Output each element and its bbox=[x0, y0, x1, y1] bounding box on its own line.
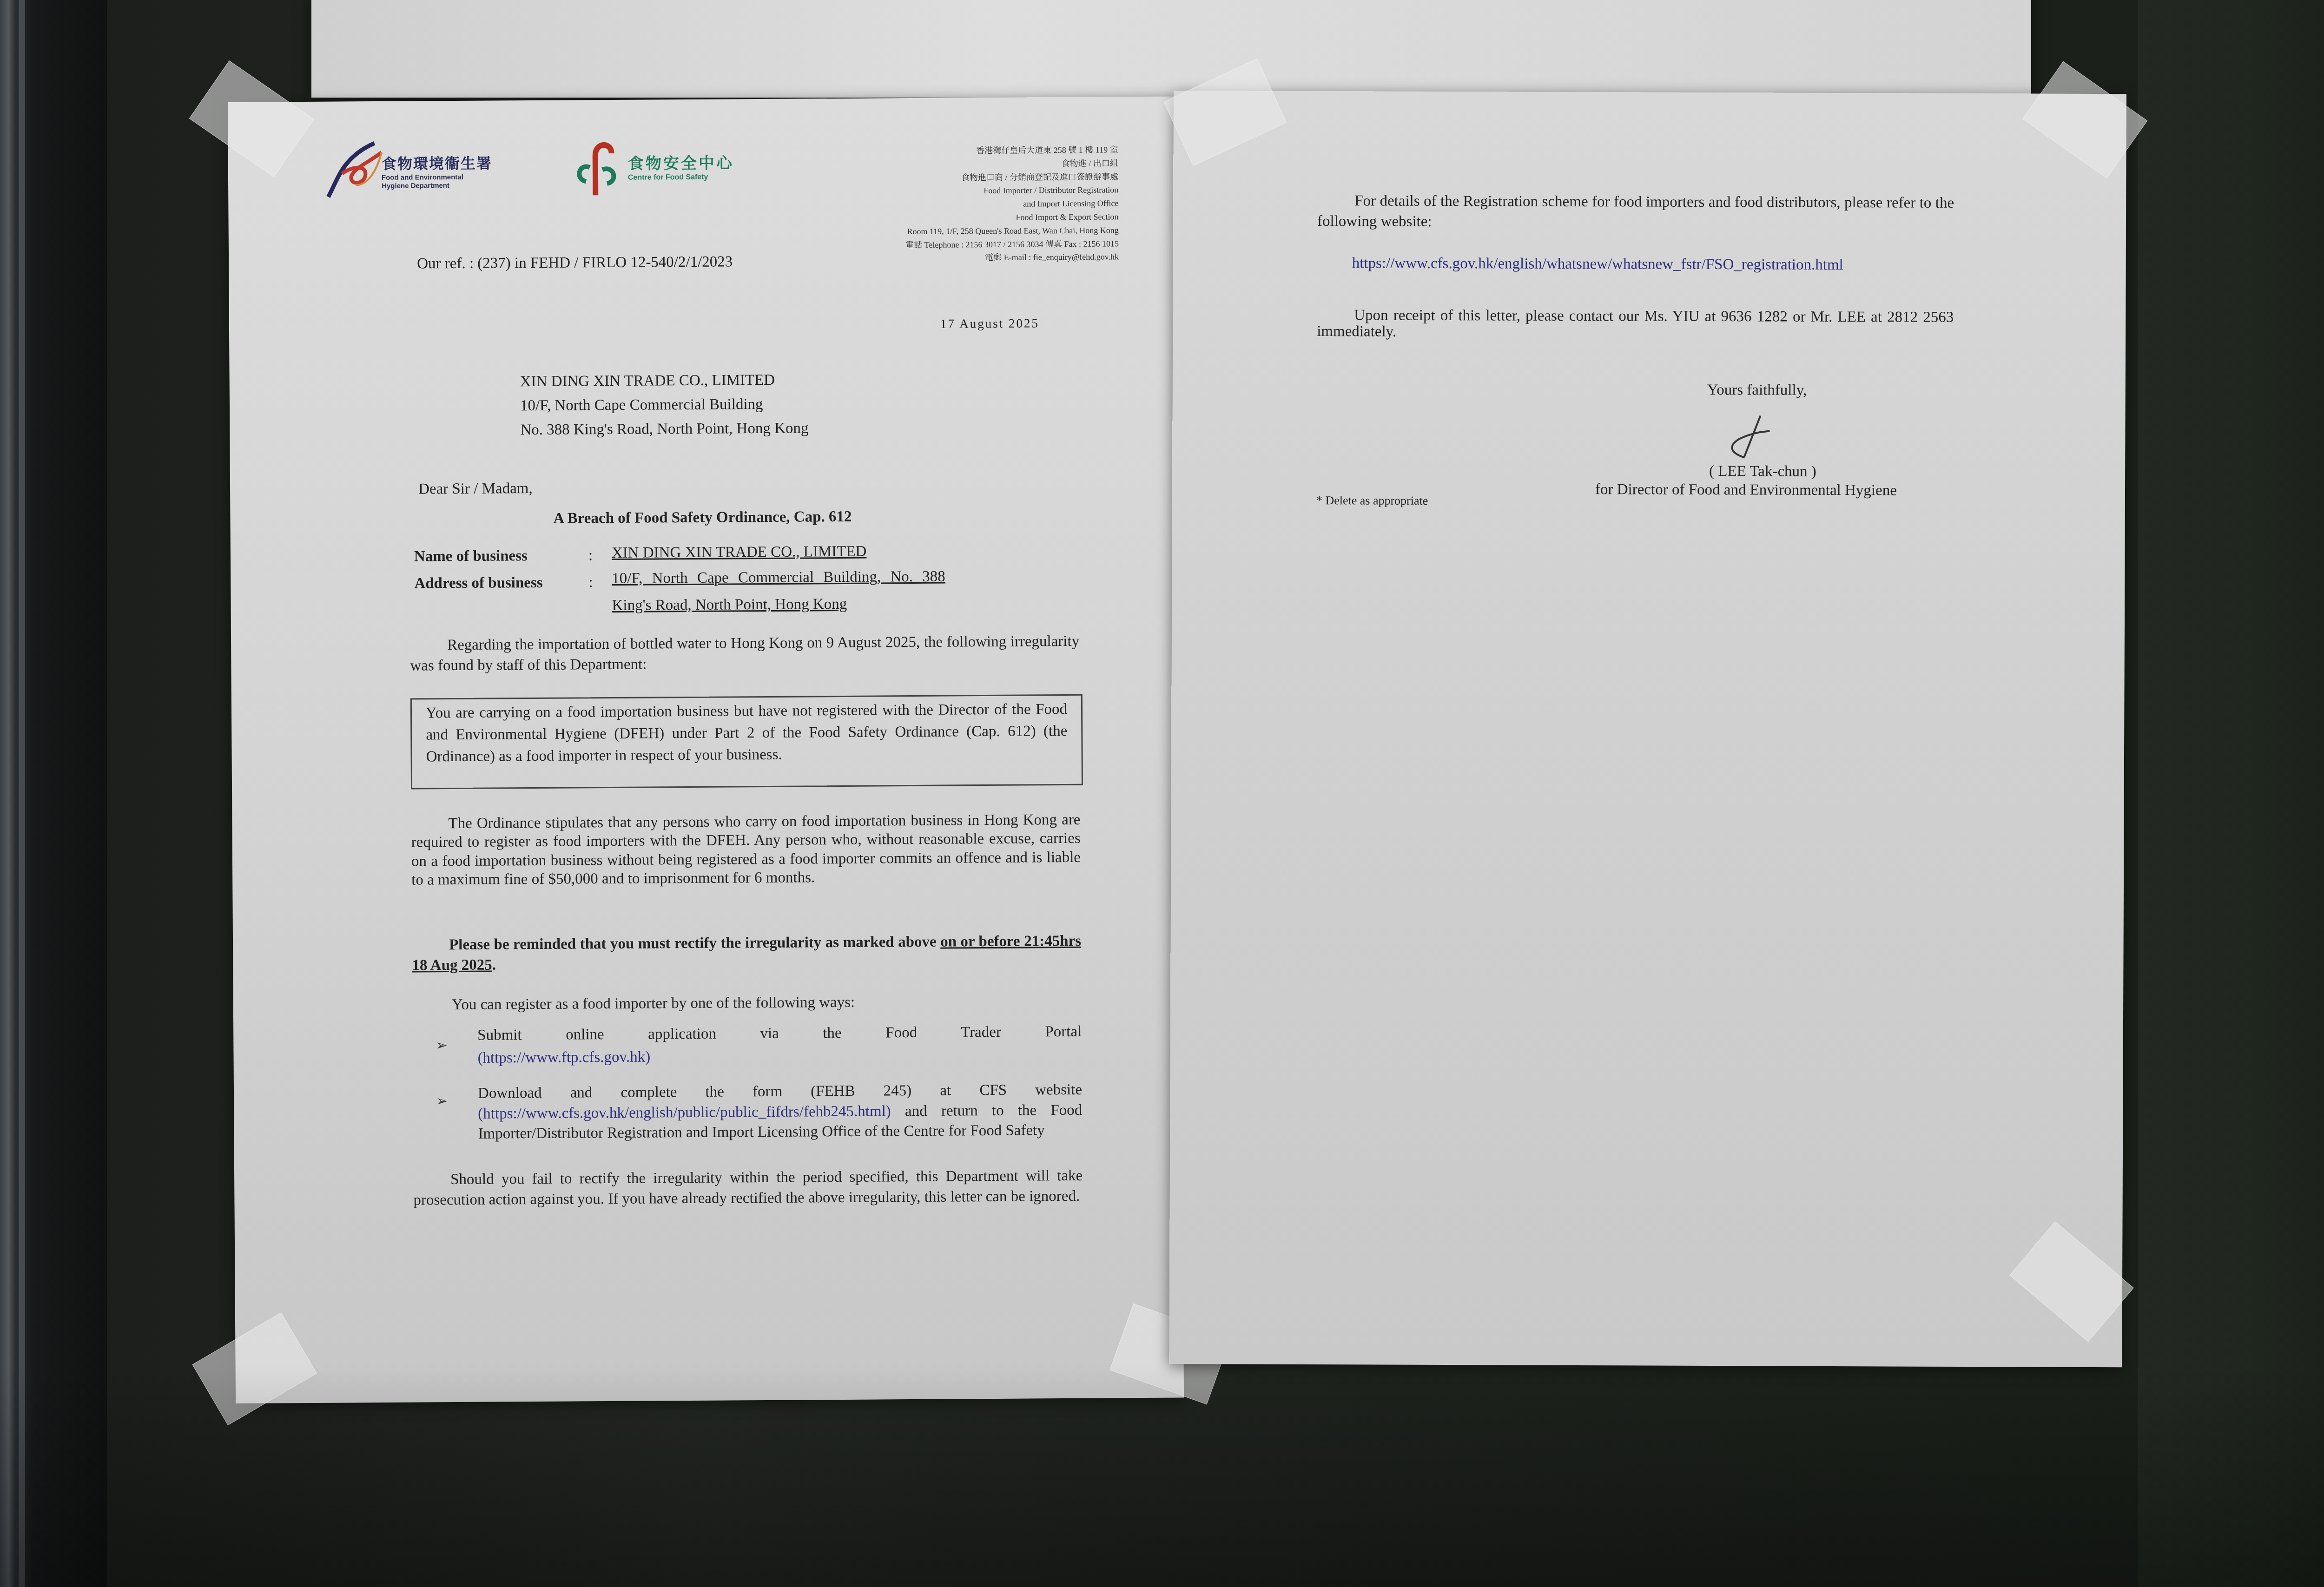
fehd-name-zh: 食物環境衞生署 bbox=[382, 152, 492, 174]
our-reference: Our ref. : (237) in FEHD / FIRLO 12-540/… bbox=[417, 252, 733, 273]
door-frame-left bbox=[0, 0, 107, 1587]
field-label-address: Address of business bbox=[414, 573, 543, 593]
tape-bottom-right bbox=[2009, 1221, 2134, 1342]
ftp-portal-link[interactable]: (https://www.ftp.cfs.gov.hk) bbox=[477, 1047, 650, 1068]
bottom-shadow bbox=[0, 1364, 2324, 1587]
option-2-text: Download and complete the form (FEHB 245… bbox=[478, 1081, 1082, 1102]
fso-registration-link[interactable]: https://www.cfs.gov.hk/english/whatsnew/… bbox=[1352, 254, 1843, 275]
office-line: 電郵 E-mail : fie_enquiry@fehd.gov.hk bbox=[905, 250, 1119, 265]
valediction: Yours faithfully, bbox=[1707, 381, 1807, 400]
letter-date: 17 August 2025 bbox=[940, 316, 1039, 332]
addressee-line: XIN DING XIN TRADE CO., LIMITED bbox=[520, 371, 775, 392]
contact-paragraph: Upon receipt of this letter, please cont… bbox=[1317, 307, 1954, 342]
ordinance-paragraph: The Ordinance stipulates that any person… bbox=[411, 810, 1081, 889]
field-value-address: 10/F, North Cape Commercial Building, No… bbox=[612, 567, 945, 589]
footnote: * Delete as appropriate bbox=[1316, 493, 1428, 508]
office-line: 食物進口商 / 分銷商登記及進口簽證辦事處 bbox=[905, 170, 1118, 185]
addressee-line: No. 388 King's Road, North Point, Hong K… bbox=[520, 419, 808, 440]
reminder-suffix: . bbox=[492, 956, 496, 973]
irregularity-box: You are carrying on a food importation b… bbox=[410, 694, 1083, 790]
office-line: Room 119, 1/F, 258 Queen's Road East, Wa… bbox=[905, 224, 1119, 238]
fehd-name-en-2: Hygiene Department bbox=[382, 182, 492, 191]
register-intro: You can register as a food importer by o… bbox=[452, 993, 855, 1015]
signature-icon bbox=[1716, 413, 1772, 464]
addressee-line: 10/F, North Cape Commercial Building bbox=[520, 395, 763, 415]
door-panel-right bbox=[2138, 0, 2324, 1587]
tape-top-right bbox=[2022, 61, 2147, 178]
partial-sheet-top bbox=[311, 0, 2031, 98]
details-paragraph: For details of the Registration scheme f… bbox=[1317, 191, 1954, 234]
field-label-name: Name of business bbox=[414, 547, 528, 566]
arrow-bullet-icon: ➢ bbox=[436, 1037, 447, 1054]
tape-top-left bbox=[189, 60, 314, 177]
signatory-name: ( LEE Tak-chun ) bbox=[1709, 462, 1816, 481]
fehb245-form-link[interactable]: (https://www.cfs.gov.hk/english/public/p… bbox=[478, 1103, 891, 1122]
office-address-block: 香港灣仔皇后大道東 258 號 1 樓 119 室 食物進 / 出口組 食物進口… bbox=[905, 143, 1119, 265]
office-line: and Import Licensing Office bbox=[905, 197, 1119, 211]
letter-page-2: For details of the Registration scheme f… bbox=[1169, 91, 2126, 1367]
cfs-name-zh: 食物安全中心 bbox=[628, 150, 734, 173]
cfs-logo: 食物安全中心 Centre for Food Safety bbox=[572, 143, 777, 200]
office-line: 電話 Telephone : 2156 3017 / 2156 3034 傳真 … bbox=[905, 237, 1119, 252]
reminder-text: Please be reminded that you must rectify… bbox=[449, 934, 940, 953]
closing-paragraph: Should you fail to rectify the irregular… bbox=[413, 1166, 1083, 1211]
arrow-bullet-icon: ➢ bbox=[436, 1093, 448, 1109]
field-sep: : bbox=[588, 546, 593, 565]
fehd-name-en-1: Food and Environmental bbox=[382, 173, 492, 182]
fehd-logo: 食物環境衞生署 Food and Environmental Hygiene D… bbox=[337, 142, 524, 204]
salutation: Dear Sir / Madam, bbox=[418, 479, 533, 499]
office-line: Food Import & Export Section bbox=[905, 210, 1119, 225]
reminder-paragraph: Please be reminded that you must rectify… bbox=[412, 931, 1082, 976]
irregularity-text: You are carrying on a food importation b… bbox=[412, 696, 1082, 770]
office-line: Food Importer / Distributor Registration bbox=[905, 184, 1118, 198]
office-line: 香港灣仔皇后大道東 258 號 1 樓 119 室 bbox=[905, 143, 1118, 158]
field-sep: : bbox=[588, 573, 593, 592]
field-value-address-2: King's Road, North Point, Hong Kong bbox=[612, 595, 847, 615]
cfs-logo-icon bbox=[567, 137, 628, 198]
cfs-name-en: Centre for Food Safety bbox=[628, 173, 734, 182]
signatory-title: for Director of Food and Environmental H… bbox=[1595, 480, 1897, 500]
option-2-paragraph: Download and complete the form (FEHB 245… bbox=[478, 1080, 1083, 1145]
letter-subject: A Breach of Food Safety Ordinance, Cap. … bbox=[553, 507, 852, 528]
option-1-text: Submit online application via the Food T… bbox=[477, 1022, 1082, 1046]
fehd-swirl-logo-icon bbox=[323, 138, 384, 199]
letter-page-1: 食物環境衞生署 Food and Environmental Hygiene D… bbox=[228, 97, 1184, 1403]
office-line: 食物進 / 出口組 bbox=[905, 157, 1118, 171]
intro-paragraph: Regarding the importation of bottled wat… bbox=[410, 632, 1080, 676]
field-value-business-name: XIN DING XIN TRADE CO., LIMITED bbox=[612, 542, 867, 563]
